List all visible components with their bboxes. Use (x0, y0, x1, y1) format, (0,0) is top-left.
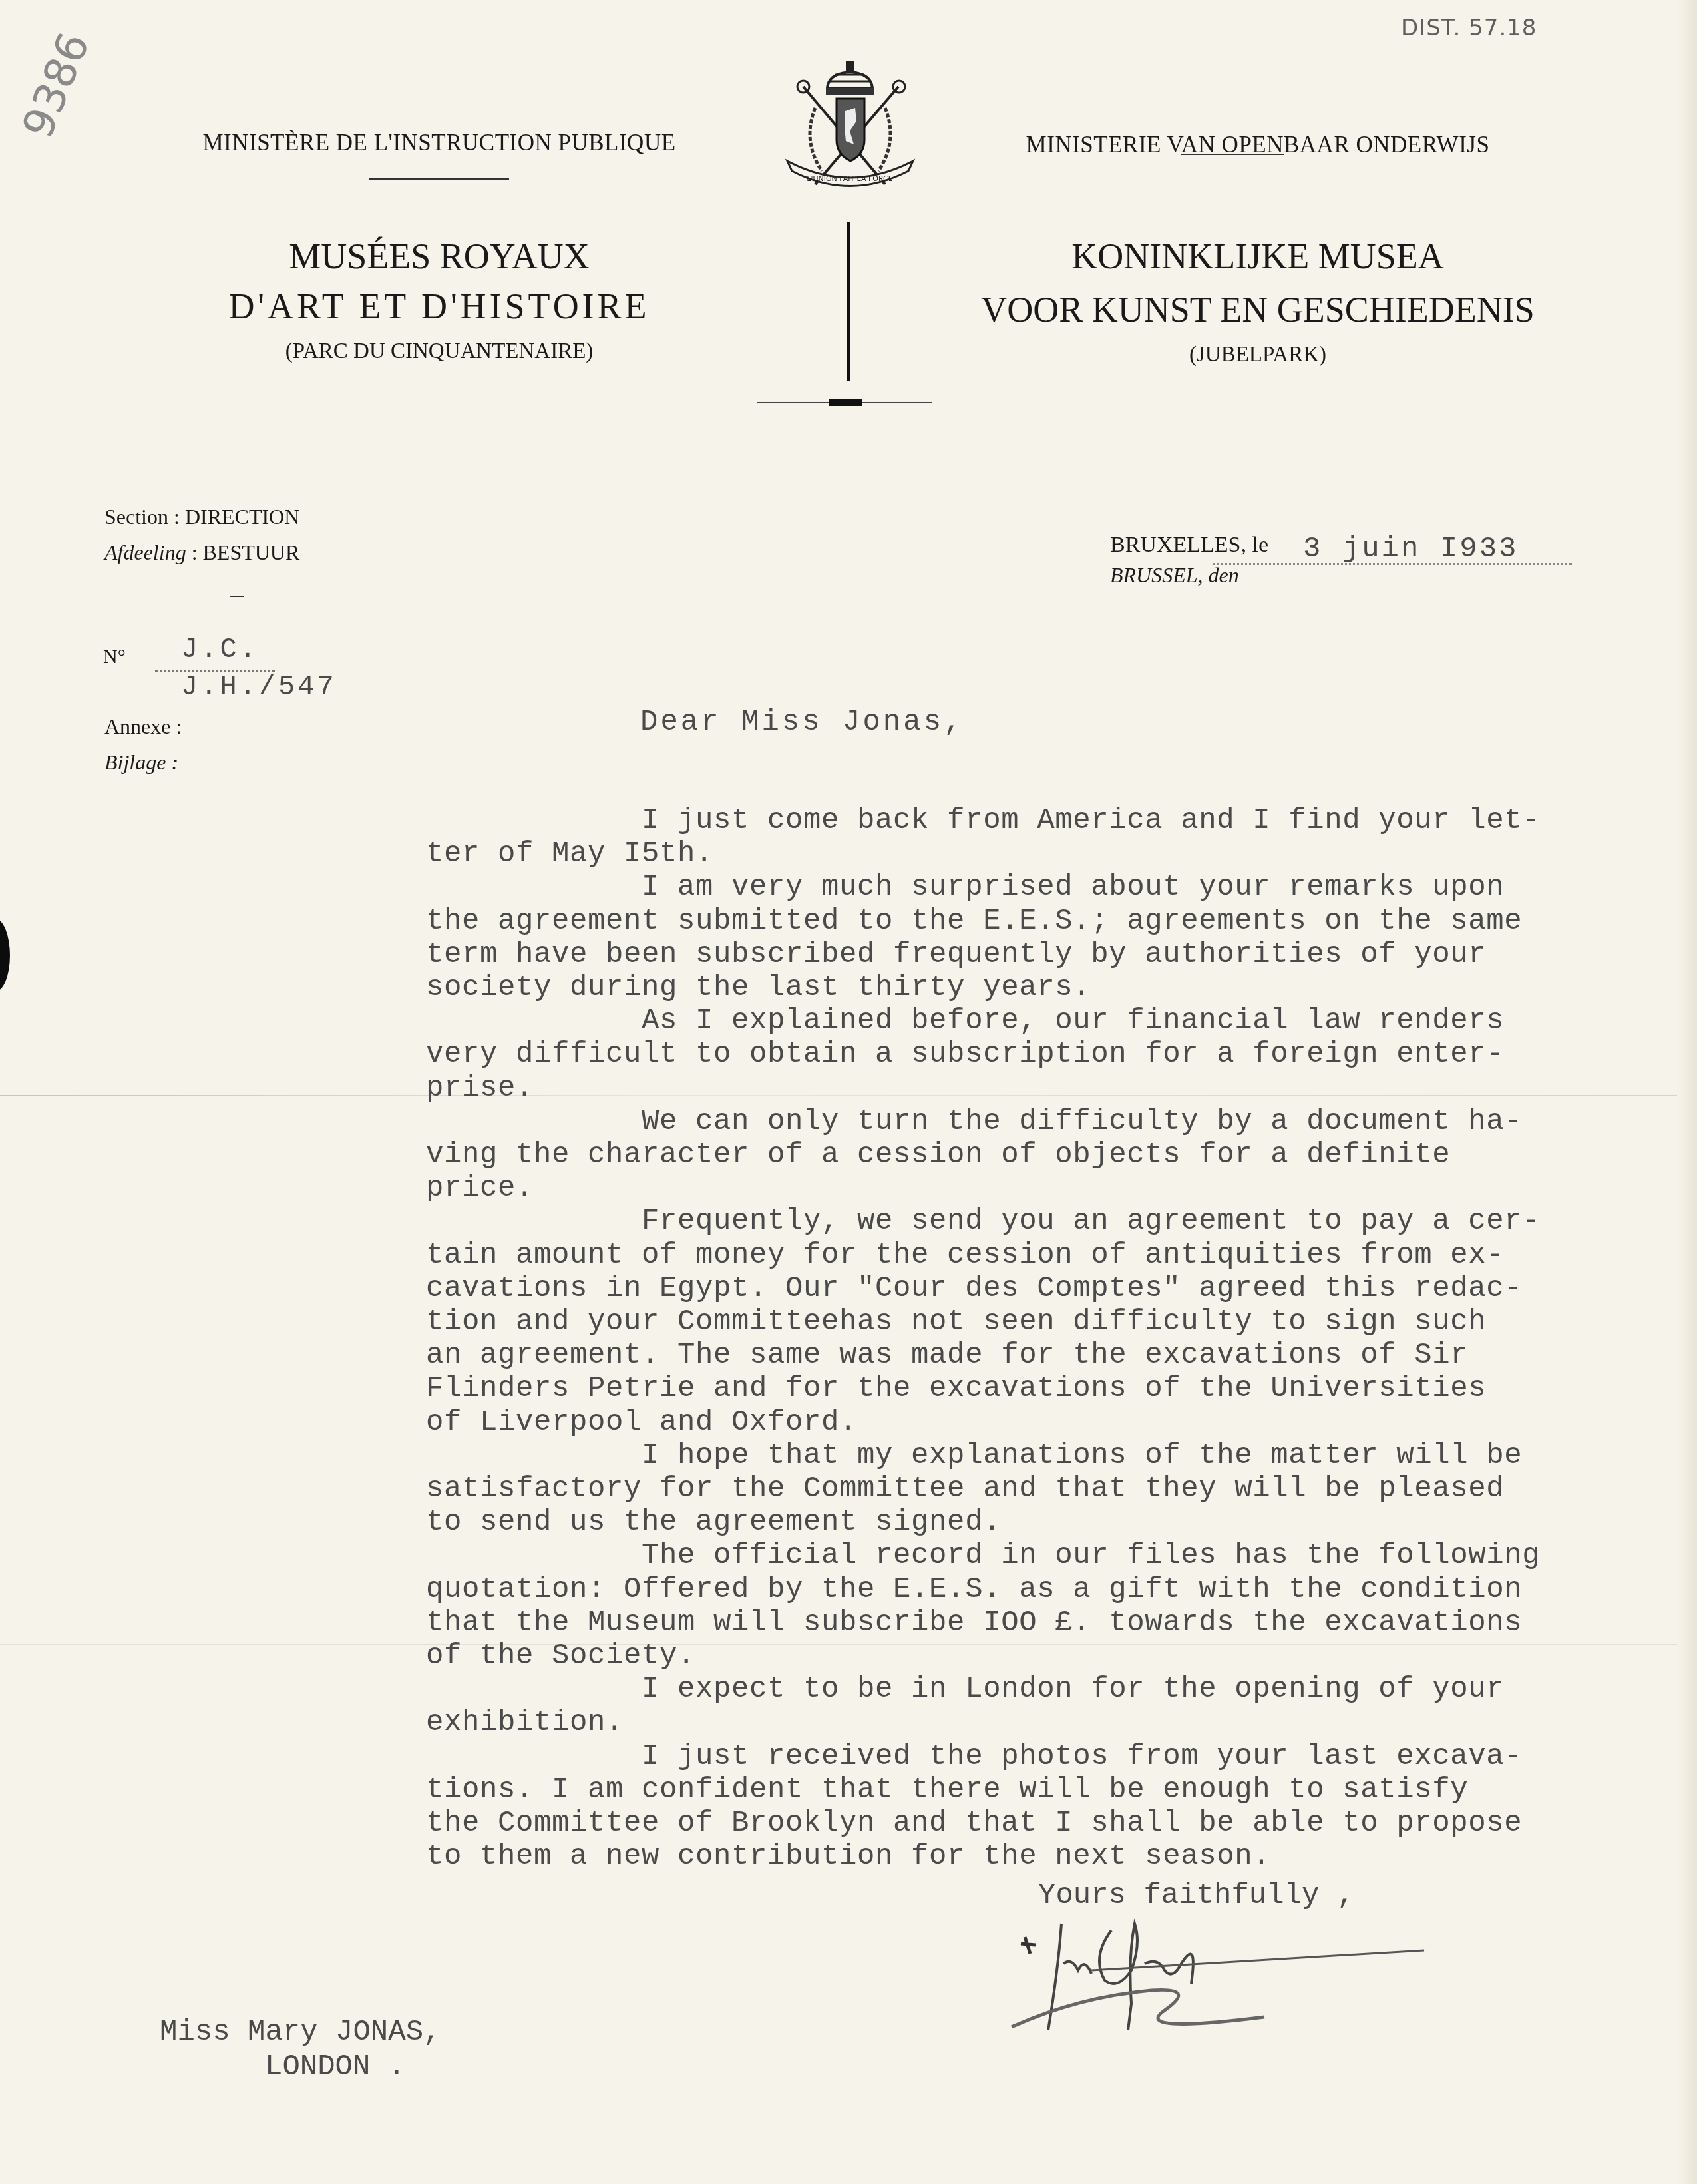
reference-number-line2: J.H./547 (181, 671, 337, 703)
museum-location-nl: (JUBELPARK) (958, 343, 1557, 367)
body-line: quotation: Offered by the E.E.S. as a gi… (426, 1573, 1677, 1606)
body-line: term have been subscribed frequently by … (426, 938, 1677, 971)
body-line: I hope that my explanations of the matte… (426, 1439, 1677, 1472)
recipient-name: Miss Mary JONAS, (160, 2016, 441, 2049)
body-line: Frequently, we send you an agreement to … (426, 1205, 1677, 1238)
museum-title-nl-line1: KONINKLIJKE MUSEA (925, 230, 1591, 283)
body-line: to them a new contribution for the next … (426, 1840, 1677, 1873)
museum-title-nl-line2: VOOR KUNST EN GESCHIEDENIS (925, 283, 1591, 336)
handwritten-signature-icon (998, 1917, 1437, 2044)
afdeeling-field: Afdeeling : BESTUUR (104, 541, 299, 565)
crest-motto: L'UNION FAIT LA FORCE (807, 174, 893, 183)
body-line: As I explained before, our financial law… (426, 1004, 1677, 1038)
body-line: ving the character of a cession of objec… (426, 1138, 1677, 1172)
place-nl: BRUSSEL, den (1110, 563, 1239, 588)
body-line: of the Society. (426, 1639, 1677, 1673)
body-line: The official record in our files has the… (426, 1539, 1677, 1572)
body-line: very difficult to obtain a subscription … (426, 1038, 1677, 1071)
museum-title-fr-line2: D'ART ET D'HISTOIRE (106, 280, 772, 333)
letterhead-divider-vertical (847, 222, 850, 381)
bijlage-label: Bijlage : (104, 750, 178, 775)
body-line: prise. (426, 1072, 1677, 1105)
recipient-city: LONDON . (265, 2050, 405, 2083)
body-line: I just received the photos from your las… (426, 1740, 1677, 1773)
letterhead-rule (1181, 154, 1284, 155)
archive-number: 9386 (13, 26, 100, 145)
body-line: I just come back from America and I find… (426, 804, 1677, 837)
section-value: DIRECTION (185, 505, 299, 529)
section-field: Section : DIRECTION (104, 505, 299, 529)
body-line: exhibition. (426, 1706, 1677, 1739)
paper-edge (1677, 0, 1697, 2184)
body-line: the Committee of Brooklyn and that I sha… (426, 1807, 1677, 1840)
body-line: tain amount of money for the cession of … (426, 1239, 1677, 1272)
body-line: I expect to be in London for the opening… (426, 1673, 1677, 1706)
letterhead-rule (369, 178, 509, 180)
museum-location-fr: (PARC DU CINQUANTENAIRE) (173, 339, 705, 364)
letter-date: 3 juin I933 (1303, 533, 1518, 566)
body-line: Flinders Petrie and for the excavations … (426, 1372, 1677, 1405)
body-line: an agreement. The same was made for the … (426, 1339, 1677, 1372)
body-line: to send us the agreement signed. (426, 1506, 1677, 1539)
body-line: that the Museum will subscribe IOO £. to… (426, 1606, 1677, 1639)
closing: Yours faithfully , (1038, 1879, 1354, 1912)
body-line: satisfactory for the Committee and that … (426, 1472, 1677, 1506)
body-line: the agreement submitted to the E.E.S.; a… (426, 905, 1677, 938)
afdeeling-value: BESTUUR (203, 541, 300, 564)
body-line: tions. I am confident that there will be… (426, 1773, 1677, 1807)
place-fr: BRUXELLES, le (1110, 533, 1268, 558)
meta-divider (230, 596, 244, 597)
body-line: ter of May I5th. (426, 837, 1677, 871)
body-line: price. (426, 1172, 1677, 1205)
distribution-reference: DIST. 57.18 (1401, 15, 1537, 41)
museum-title-fr-line1: MUSÉES ROYAUX (106, 230, 772, 283)
section-label: Section (104, 505, 168, 529)
letterhead-divider-ornament (829, 399, 862, 406)
letter-body: I just come back from America and I find… (426, 804, 1677, 1874)
body-line: of Liverpool and Oxford. (426, 1406, 1677, 1439)
body-line: cavations in Egypt. Our "Cour des Compte… (426, 1272, 1677, 1305)
body-line: I am very much surprised about your rema… (426, 871, 1677, 904)
body-line: We can only turn the difficulty by a doc… (426, 1105, 1677, 1138)
annexe-label: Annexe : (104, 714, 182, 739)
body-line: tion and your Committeehas not seen diff… (426, 1305, 1677, 1339)
belgian-coat-of-arms-icon: L'UNION FAIT LA FORCE (775, 55, 925, 198)
afdeeling-label: Afdeeling (104, 541, 186, 564)
number-label: N° (103, 646, 126, 668)
ministry-name-fr: MINISTÈRE DE L'INSTRUCTION PUBLIQUE (173, 130, 705, 156)
salutation: Dear Miss Jonas, (640, 706, 964, 739)
body-line: society during the last thirty years. (426, 971, 1677, 1004)
reference-number-line1: J.C. (181, 634, 259, 666)
punch-hole (0, 919, 10, 992)
